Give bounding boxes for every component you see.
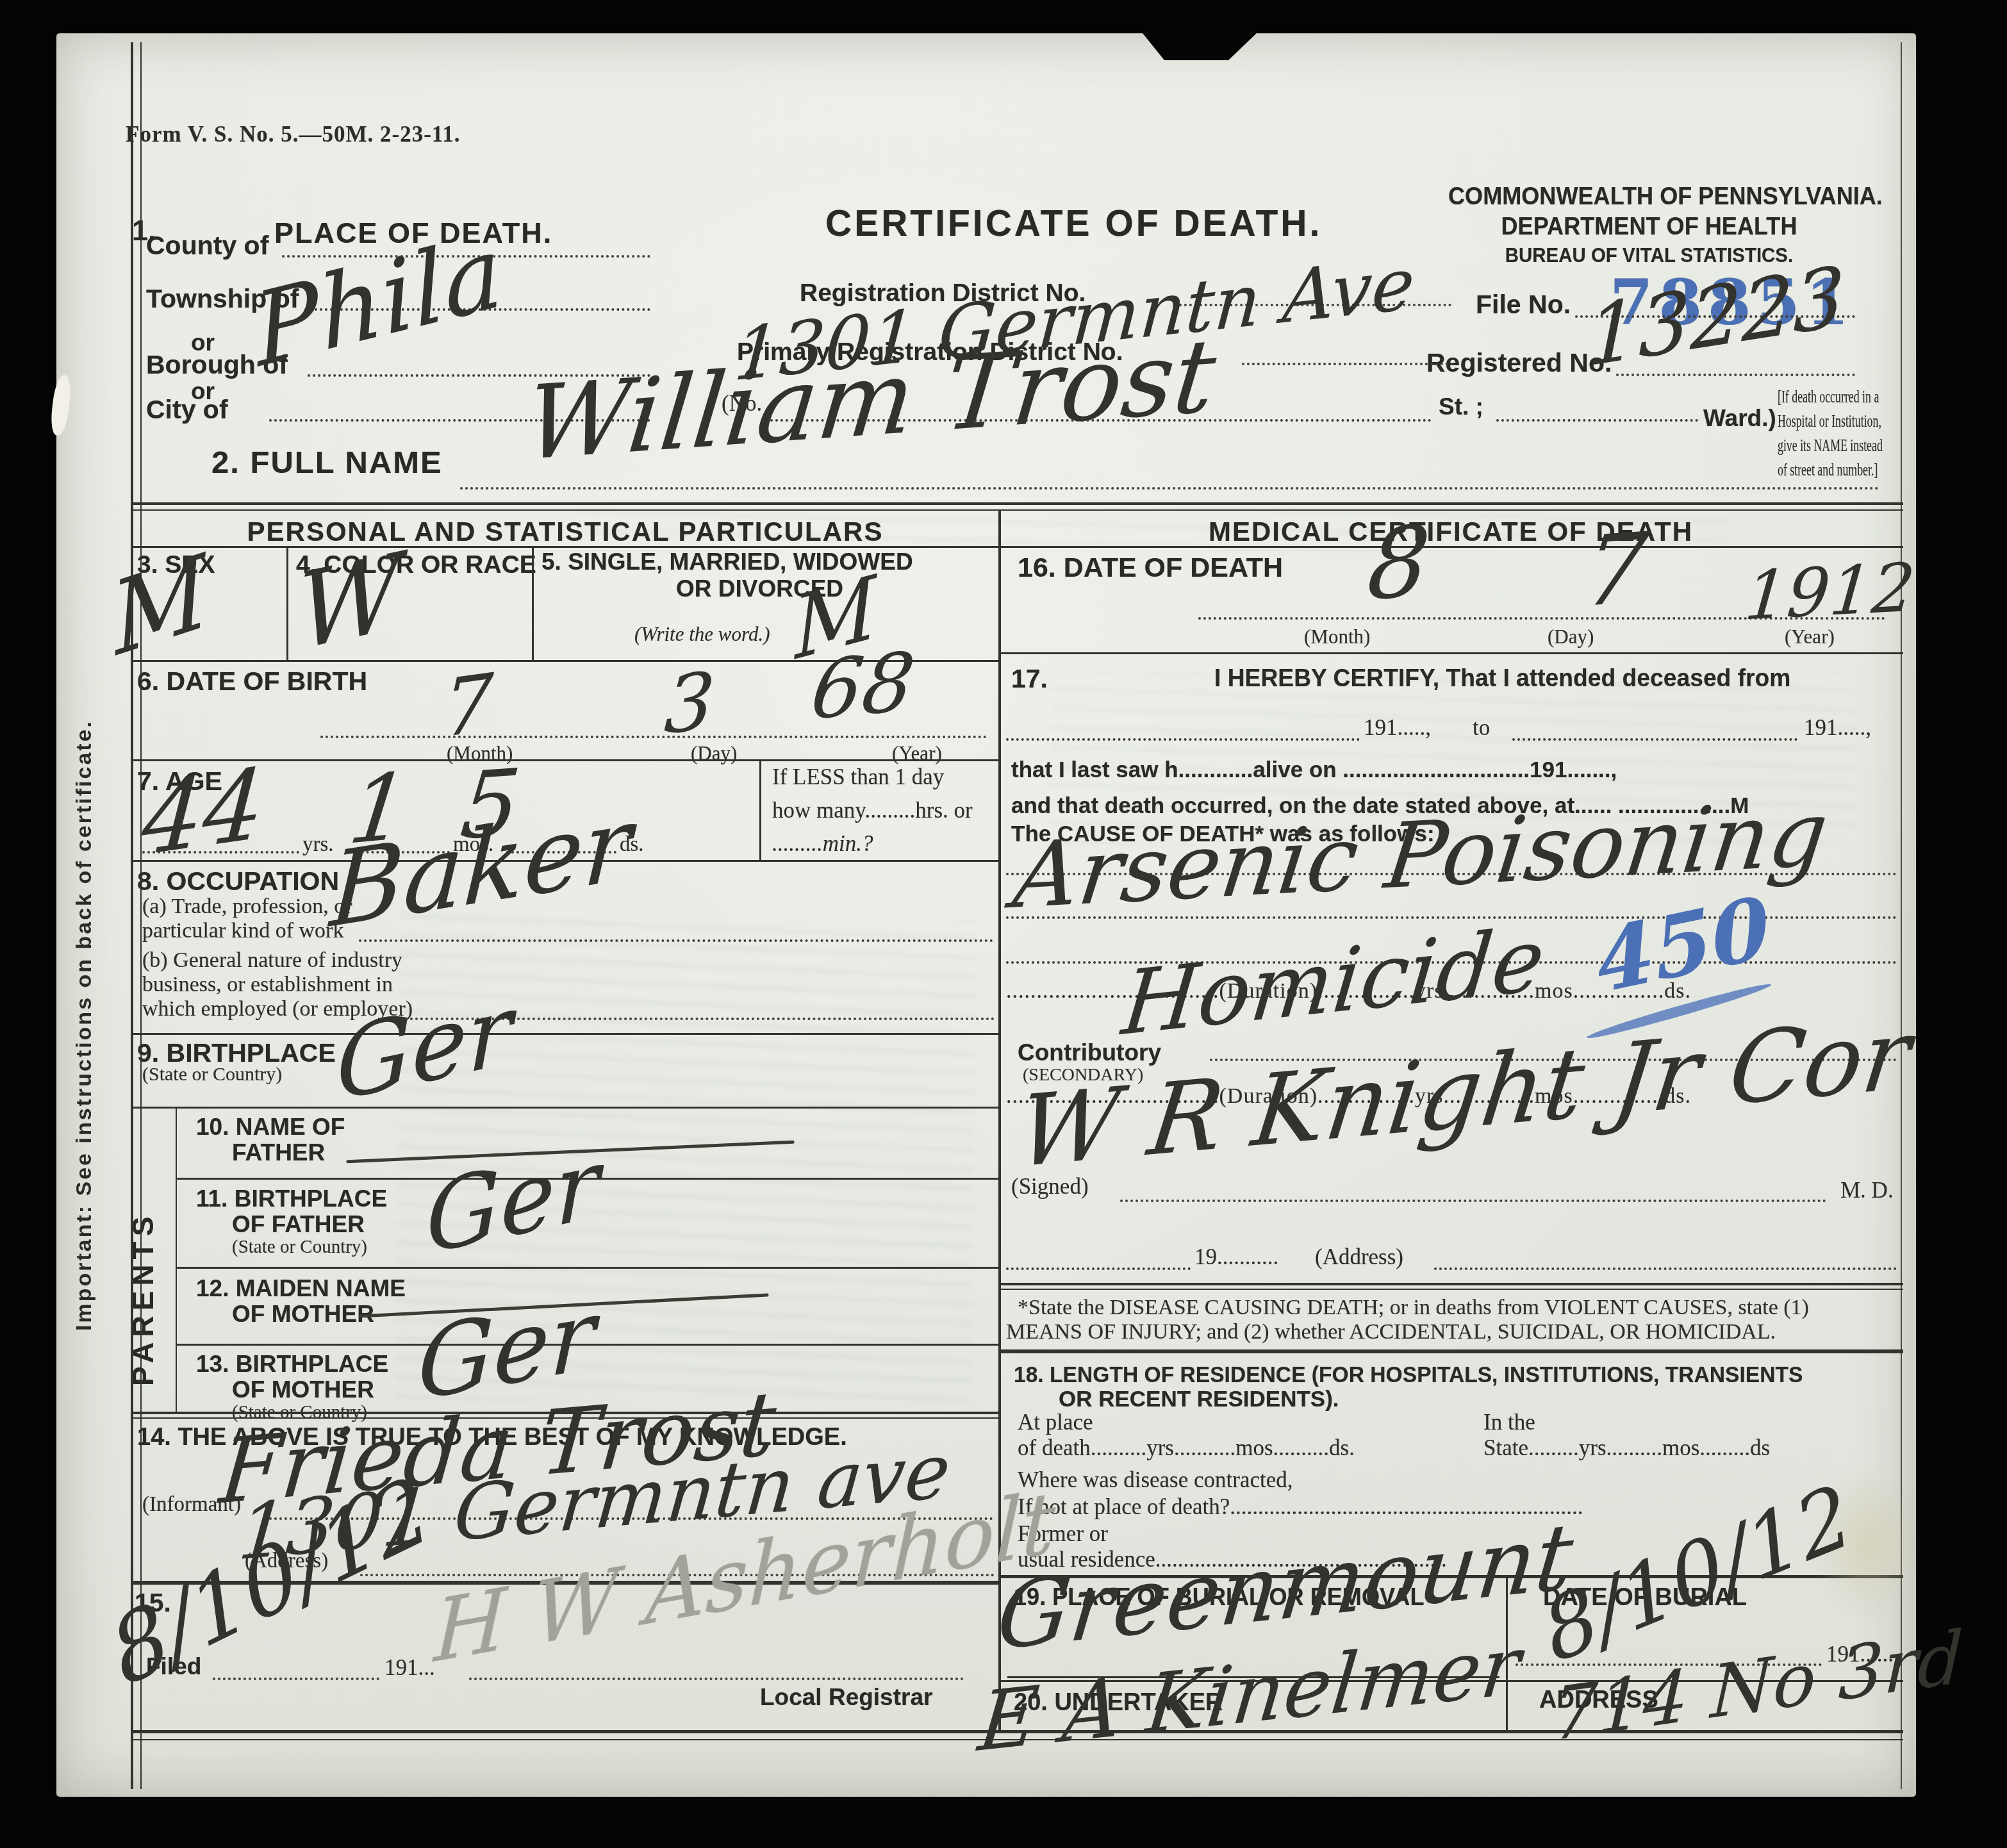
residence-state-row: State.........yrs..........mos.........d… xyxy=(1483,1435,1770,1461)
father-birthplace-label-1: 11. BIRTHPLACE xyxy=(196,1185,387,1212)
certify-number: 17. xyxy=(1011,664,1048,694)
color-value-handwriting: W xyxy=(298,539,401,666)
mother-birthplace-label-2: OF MOTHER xyxy=(232,1376,374,1403)
footnote-line2: MEANS OF INJURY; and (2) whether ACCIDEN… xyxy=(1006,1320,1776,1344)
left-border-inner xyxy=(140,42,142,1789)
row16-bottom-rule xyxy=(1001,652,1903,654)
occupation-b1: (b) General nature of industry xyxy=(142,948,402,973)
birth-day-handwriting: 3 xyxy=(662,661,717,746)
birth-month-handwriting: 7 xyxy=(443,663,495,749)
occupation-a-blank xyxy=(359,939,993,942)
primary-registration-blank xyxy=(1242,363,1453,365)
residence-at-place: At place xyxy=(1018,1410,1093,1435)
death-month-handwriting: 8 xyxy=(1364,513,1433,615)
st-blank xyxy=(1496,419,1698,422)
registered-no-label: Registered No. xyxy=(1426,348,1612,378)
local-registrar-label: Local Registrar xyxy=(760,1684,932,1711)
row11-bottom-rule xyxy=(177,1267,998,1269)
sex-value-handwriting: M xyxy=(108,541,213,671)
title: CERTIFICATE OF DEATH. xyxy=(825,202,1322,245)
hospital-note-line1: [If death occurred in a xyxy=(1778,387,1879,407)
residence-label-2: OR RECENT RESIDENTS). xyxy=(1059,1387,1339,1412)
death-year-handwriting: 1912 xyxy=(1742,554,1917,629)
parents-gutter-divider xyxy=(176,1107,177,1413)
age-yrs-label: yrs. xyxy=(302,833,334,857)
birthplace-hint: (State or Country) xyxy=(142,1064,282,1085)
residence-of-death: of death..........yrs...........mos.....… xyxy=(1018,1435,1355,1461)
age-less-line3: .........min.? xyxy=(772,831,873,857)
commonwealth-line1: COMMONWEALTH OF PENNSYLVANIA. xyxy=(1448,183,1850,211)
city-label: City of xyxy=(146,395,228,425)
footnote-line1: *State the DISEASE CAUSING DEATH; or in … xyxy=(1018,1296,1809,1320)
signed-blank xyxy=(1120,1200,1826,1202)
left-border-outer xyxy=(131,42,133,1789)
certify-blank1-dots xyxy=(1006,738,1360,741)
county-label: County of xyxy=(146,231,268,261)
full-name-label: 2. FULL NAME xyxy=(211,445,443,481)
father-birthplace-label-2: OF FATHER xyxy=(232,1211,365,1238)
mother-maiden-label-1: 12. MAIDEN NAME xyxy=(196,1275,406,1302)
md-label: M. D. xyxy=(1840,1178,1894,1203)
birth-year-handwriting: 68 xyxy=(807,641,918,732)
death-day-label: (Day) xyxy=(1548,625,1594,648)
name-row-rule-a xyxy=(132,502,1903,505)
row8-bottom-rule xyxy=(132,1033,998,1035)
scanned-death-certificate: { "margin_note": "Important: See instruc… xyxy=(0,0,2007,1848)
age-less-line1: If LESS than 1 day xyxy=(772,764,944,790)
occupation-a1: (a) Trade, profession, or xyxy=(142,895,352,919)
residence-in-the: In the xyxy=(1483,1410,1535,1435)
birth-date-blank xyxy=(320,736,987,738)
filed-signature-blank xyxy=(469,1678,964,1680)
mother-maiden-label-2: OF MOTHER xyxy=(232,1301,374,1328)
hospital-note-line3: give its NAME instead xyxy=(1778,436,1883,456)
certify-address-label: (Address) xyxy=(1315,1244,1403,1270)
st-label: St. ; xyxy=(1439,393,1483,420)
nineteen-label: 19........... xyxy=(1194,1244,1278,1270)
age-less-line2: how many.........hrs. or xyxy=(772,798,973,823)
ward-label: Ward.) xyxy=(1703,405,1776,432)
residence-label-1: 18. LENGTH OF RESIDENCE (FOR HOSPITALS, … xyxy=(1014,1362,1803,1388)
birth-date-label: 6. DATE OF BIRTH xyxy=(137,666,367,697)
father-birthplace-hint: (State or Country) xyxy=(232,1237,367,1258)
age-box-divider xyxy=(759,759,761,860)
hospital-note-line2: Hospital or Institution, xyxy=(1778,411,1881,431)
color-marital-divider xyxy=(532,548,534,660)
filed-191-label: 191... xyxy=(384,1655,435,1681)
occupation-b2: business, or establishment in xyxy=(142,973,393,997)
father-name-label-1: 10. NAME OF xyxy=(196,1114,345,1141)
filed-date-blank xyxy=(213,1678,379,1680)
age-years-handwriting: 44 xyxy=(139,755,267,870)
birth-year-label: (Year) xyxy=(892,742,942,765)
file-no-label: File No. xyxy=(1476,290,1571,320)
residence-where: Where was disease contracted, xyxy=(1018,1467,1293,1493)
commonwealth-line2: DEPARTMENT OF HEALTH xyxy=(1448,213,1850,241)
death-month-label: (Month) xyxy=(1304,625,1370,648)
death-day-handwriting: 7 xyxy=(1580,520,1651,621)
form-number: Form V. S. No. 5.—50M. 2-23-11. xyxy=(126,122,461,147)
mother-birthplace-label-1: 13. BIRTHPLACE xyxy=(196,1351,388,1378)
marital-hint: (Write the word.) xyxy=(634,623,770,646)
sex-color-divider xyxy=(286,548,288,660)
certify-bottom-rule-b xyxy=(1001,1289,1903,1290)
name-row-rule-b xyxy=(132,509,1903,511)
hospital-note-line4: of street and number.] xyxy=(1778,460,1878,480)
occupation-a2: particular kind of work xyxy=(142,919,343,943)
certify-address-blank xyxy=(1434,1267,1897,1270)
father-name-label-2: FATHER xyxy=(232,1139,325,1166)
footnote-bottom-rule-a xyxy=(1001,1349,1903,1353)
certify-blank2-dots xyxy=(1512,738,1797,741)
death-date-label: 16. DATE OF DEATH xyxy=(1018,552,1283,584)
row9-bottom-rule xyxy=(132,1107,998,1109)
nineteen-dots xyxy=(1006,1267,1191,1270)
full-name-blank xyxy=(460,487,1879,490)
certify-bottom-rule-a xyxy=(1001,1283,1903,1285)
margin-instructions-note: Important: See instructions on back of c… xyxy=(72,423,97,1628)
